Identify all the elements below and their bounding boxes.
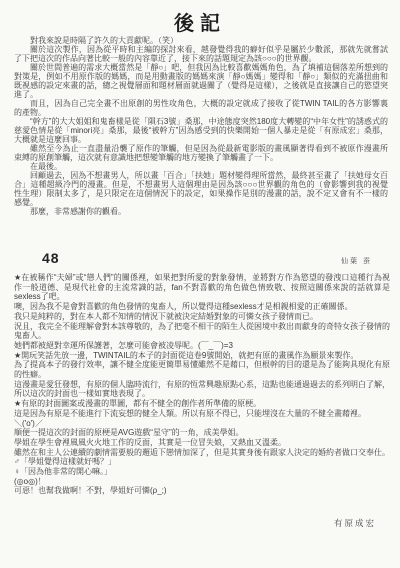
paragraph: ♀「因為他非常的開心嘛。」 [14,467,390,477]
paragraph: 為了提高本子的發行效率，讓不健全度能更簡單易懂雖然不是藉口，但根幹的目的還是為了… [14,360,390,379]
paragraph: 順便一提這次的封面的原梗是AVG遊戲“星守”的一角，成美學姐。 [14,428,390,438]
afterword-page: 後記 對我來說是時隔了許久的大貢獻呢。（笑）關於這次製作，因為從平時和主編的探討… [0,0,400,568]
paragraph: 我只是純粹的，對在本人都不知情的情況下就被決定結婚對象的可憐女孩子發情而已。 [14,312,390,322]
page-title: 後記 [0,7,400,36]
paragraph: 而且，因為自己完全畫不出原創的男性攻角色，大概的設定就成了接收了從TWIN TA… [14,99,388,117]
paragraph: 回顧過去，因為不想畫男人，所以畫「百合」「扶她」題材變得理所當然，最終甚至畫了「… [14,171,388,207]
afterword-body-text: 對我來說是時隔了許久的大貢獻呢。（笑）關於這次製作，因為從平時和主編的探討來看，… [14,36,388,216]
paragraph: (◎o◎)！ [14,477,390,487]
paragraph: 學姐在學生會裡風風火火地工作的反面，其實是一位冒失娘，又熱血又溫柔。 [14,438,390,448]
author-name: 仙葉 蚕 [341,256,372,266]
paragraph: 雖然在和主人公連續的劇情需要般的邂逅下戀情加深了，但是其實身後有跟家人決定的婚約… [14,448,390,458]
notes-body-text: ★在被稱作“夫婦”或“戀人們”的關係裡，如果把對所愛的對象發情，並將對方作為慾望… [14,273,390,496]
paragraph: 在最後。 [14,162,388,171]
paragraph: 她們都被絕對幸運所保護著，怎麼可能會被凌辱呢。(￣_￣)=3 [14,341,390,351]
paragraph: 這漫畫是愛狂發想，有原的個人臨時流行，有原的恆常興趣原點心系，這點也能通過過去的… [14,380,390,399]
paragraph: 可惡！也幫我做啊！不對，學姐好可憐(ρ_;) [14,486,390,496]
page-number: 48 [42,250,60,266]
paragraph: 對我來說是時隔了許久的大貢獻呢。（笑） [14,36,388,45]
paragraph: ★開玩笑話先放一邊，TWINTAIL的本子的封面從這卷9號開始，就把有原的畫風作… [14,351,390,361]
paragraph: 關於這次製作，因為從平時和主編的探討來看，越發覺得我的癖好似乎是屬於少數派，那就… [14,45,388,63]
paragraph: 噢，因為我不是會對喜歡的角色發情的鬼畜人，所以覺得這種sexless才是相親相愛… [14,302,390,312]
paragraph: 雖然至今為止一直盡量沿襲了原作的筆觸，但是因為從最新電影版的畫風顯著得看到不被原… [14,144,388,162]
paragraph: ★在被稱作“夫婦”或“戀人們”的關係裡，如果把對所愛的對象發情，並將對方作為慾望… [14,273,390,302]
paragraph: ♂「學姐覺得這樣就好嗎？」 [14,457,390,467]
signature: 有原成宏 [334,517,376,529]
paragraph: ★有原的封面圖案或漫畫的單圖，都有不健全的創作者所準備的原梗。 [14,399,390,409]
paragraph: 況且，我完全不能理解會對本該尊敬的，為了把毫不相干的陌生人從困境中救出而獻身的奇… [14,322,390,341]
paragraph: ＼('o')／ [14,419,390,429]
paragraph: 那麼，非常感謝你的觀看。 [14,207,388,216]
paragraph: 關於世間普遍的需求大概當然是「靜○」吧，但我因為比較喜歡媽媽角色，為了填補這個落… [14,63,388,99]
paragraph: 這是因為有原是不能進行下流妄想的健全人類。所以有原不得已，只能埋沒在大量的不健全… [14,409,390,419]
paragraph: “幹方”的大大姐姐和鬼畜樣是從「隕石3號」桑那，中途態度突然180度大轉變的“中… [14,117,388,144]
